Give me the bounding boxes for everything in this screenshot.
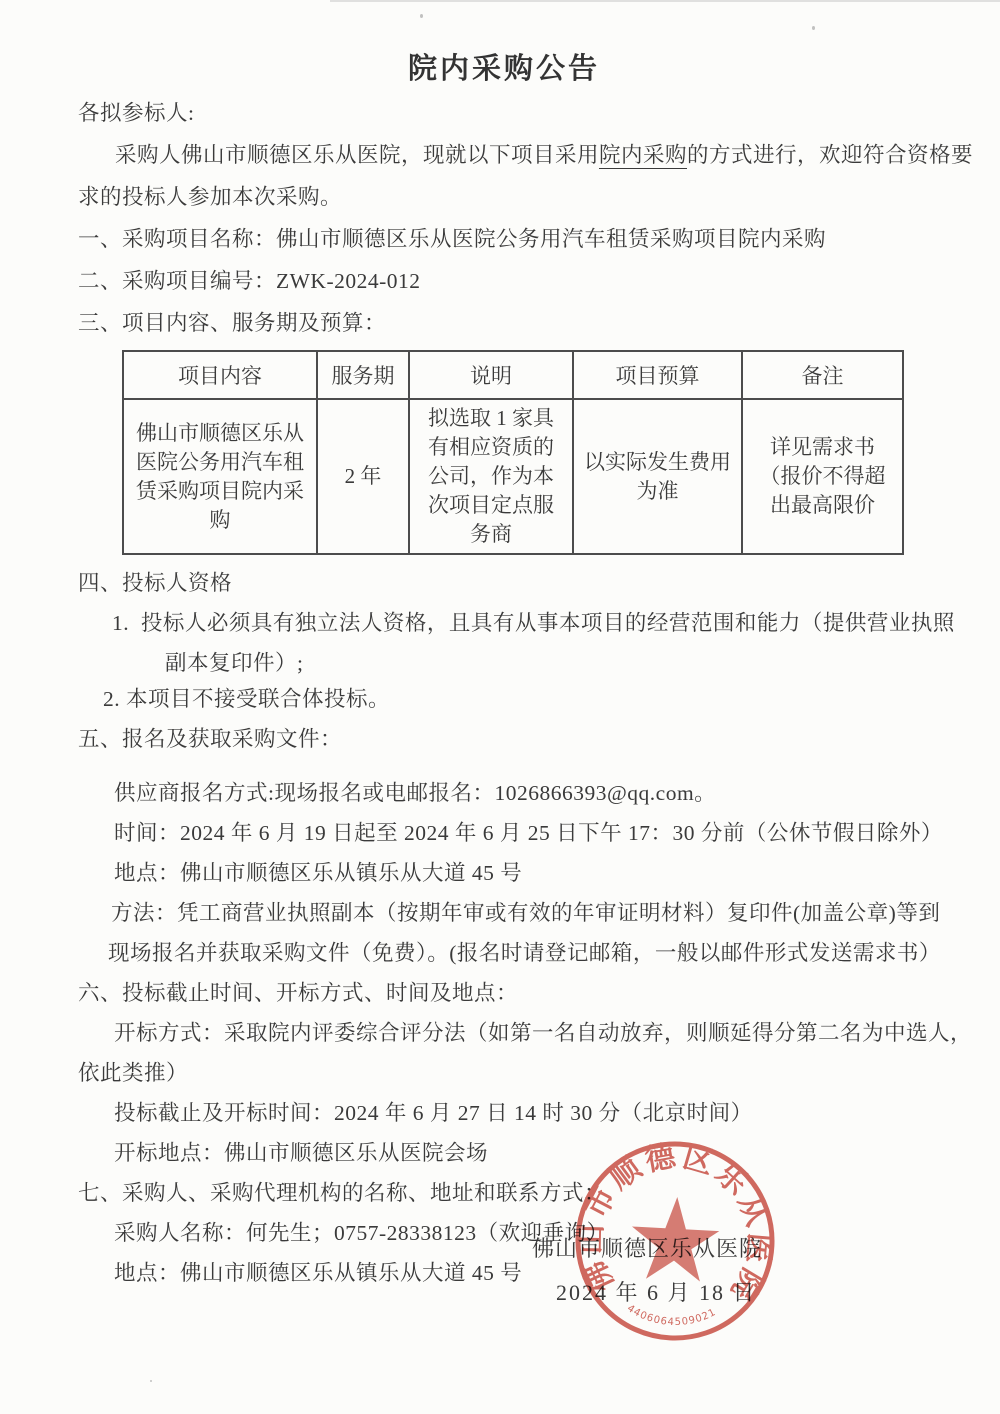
table-row: 佛山市顺德区乐从医院公务用汽车租赁采购项目院内采购 2 年 拟选取 1 家具有相…: [123, 399, 903, 554]
section-5-heading: 五、报名及获取采购文件：: [78, 719, 930, 759]
section-4-item-2: 2. 本项目不接受联合体投标。: [78, 679, 930, 719]
section-5-registration: 供应商报名方式:现场报名或电邮报名：1026866393@qq.com。: [78, 773, 930, 813]
table-cell-description: 拟选取 1 家具有相应资质的公司，作为本次项目定点服务商: [409, 399, 573, 554]
project-table-body: 佛山市顺德区乐从医院公务用汽车租赁采购项目院内采购 2 年 拟选取 1 家具有相…: [123, 399, 903, 554]
table-header-service-period: 服务期: [317, 351, 409, 399]
table-header-remarks: 备注: [742, 351, 903, 399]
table-header-budget: 项目预算: [573, 351, 742, 399]
table-cell-budget: 以实际发生费用为准: [573, 399, 742, 554]
intro-underlined-term: 院内采购: [599, 143, 687, 169]
section-6-deadline: 投标截止及开标时间：2024 年 6 月 27 日 14 时 30 分（北京时间…: [78, 1093, 930, 1133]
table-cell-service-period: 2 年: [317, 399, 409, 554]
intro-text-after: 的方式进行，欢迎符合资格要: [687, 143, 973, 167]
svg-text:院: 院: [725, 1263, 769, 1306]
official-seal: 佛山市顺德区乐从医院 4406064509021: [559, 1125, 790, 1356]
scan-artifact-speck: [150, 1380, 152, 1382]
svg-text:4: 4: [667, 1317, 674, 1328]
section-6-method-line-1: 开标方式：采取院内评委综合评分法（如第一名自动放弃，则顺延得分第二名为中选人，: [78, 1013, 930, 1053]
section-4-item-1-line-1: 1. 投标人必须具有独立法人资格，且具有从事本项目的经营范围和能力（提供营业执照: [78, 603, 930, 643]
project-table: 项目内容 服务期 说明 项目预算 备注 佛山市顺德区乐从医院公务用汽车租赁采购项…: [122, 350, 904, 555]
intro-paragraph-line-2: 求的投标人参加本次采购。: [78, 176, 930, 218]
svg-text:从: 从: [732, 1190, 774, 1230]
svg-text:市: 市: [579, 1182, 622, 1224]
project-table-head: 项目内容 服务期 说明 项目预算 备注: [123, 351, 903, 399]
section-5-method-line-2: 现场报名并获取采购文件（免费）。(报名时请登记邮箱，一般以邮件形式发送需求书）: [78, 933, 930, 973]
seal-star-icon: [629, 1195, 721, 1283]
table-cell-content: 佛山市顺德区乐从医院公务用汽车租赁采购项目院内采购: [123, 399, 317, 554]
section-2-project-number: 二、采购项目编号：ZWK-2024-012: [78, 260, 930, 302]
table-cell-remarks: 详见需求书（报价不得超出最高限价: [742, 399, 903, 554]
svg-text:5: 5: [674, 1317, 681, 1328]
document-title: 院内采购公告: [78, 46, 930, 92]
table-header-content: 项目内容: [123, 351, 317, 399]
scanned-document-page: 院内采购公告 各拟参标人: 采购人佛山市顺德区乐从医院，现就以下项目采用院内采购…: [0, 0, 1000, 1414]
svg-text:佛: 佛: [578, 1256, 621, 1297]
section-4-heading: 四、投标人资格: [78, 563, 930, 603]
table-header-row: 项目内容 服务期 说明 项目预算 备注: [123, 351, 903, 399]
section-7-contact: 采购人名称：何先生；0757-28338123（欢迎垂询）: [78, 1213, 930, 1253]
svg-text:医: 医: [741, 1232, 776, 1265]
section-3-heading: 三、项目内容、服务期及预算：: [78, 302, 930, 344]
section-7-place: 地点：佛山市顺德区乐从镇乐从大道 45 号: [78, 1253, 930, 1293]
section-6-heading: 六、投标截止时间、开标方式、时间及地点：: [78, 973, 930, 1013]
section-5-time: 时间：2024 年 6 月 19 日起至 2024 年 6 月 25 日下午 1…: [78, 813, 930, 853]
section-7-heading: 七、采购人、采购代理机构的名称、地址和联系方式：: [78, 1173, 930, 1213]
intro-paragraph-line-1: 采购人佛山市顺德区乐从医院，现就以下项目采用院内采购的方式进行，欢迎符合资格要: [78, 134, 930, 176]
section-4-item-1-line-2: 副本复印件）;: [78, 643, 930, 683]
section-5-place: 地点：佛山市顺德区乐从镇乐从大道 45 号: [78, 853, 930, 893]
intro-text-before: 采购人佛山市顺德区乐从医院，现就以下项目采用: [115, 143, 599, 167]
seal-code-text: 4406064509021: [624, 1303, 718, 1331]
section-6-place: 开标地点：佛山市顺德区乐从医院会场: [78, 1133, 930, 1173]
section-6-method-line-2: 依此类推）: [78, 1053, 930, 1093]
table-header-description: 说明: [409, 351, 573, 399]
section-1-project-name: 一、采购项目名称：佛山市顺德区乐从医院公务用汽车租赁采购项目院内采购: [78, 218, 930, 260]
svg-text:山: 山: [575, 1224, 609, 1255]
document-content: 院内采购公告 各拟参标人: 采购人佛山市顺德区乐从医院，现就以下项目采用院内采购…: [0, 0, 1000, 1293]
svg-text:顺: 顺: [604, 1151, 649, 1196]
salutation: 各拟参标人:: [78, 92, 930, 134]
section-5-method-line-1: 方法：凭工商营业执照副本（按期年审或有效的年审证明材料）复印件(加盖公章)等到: [78, 893, 930, 933]
